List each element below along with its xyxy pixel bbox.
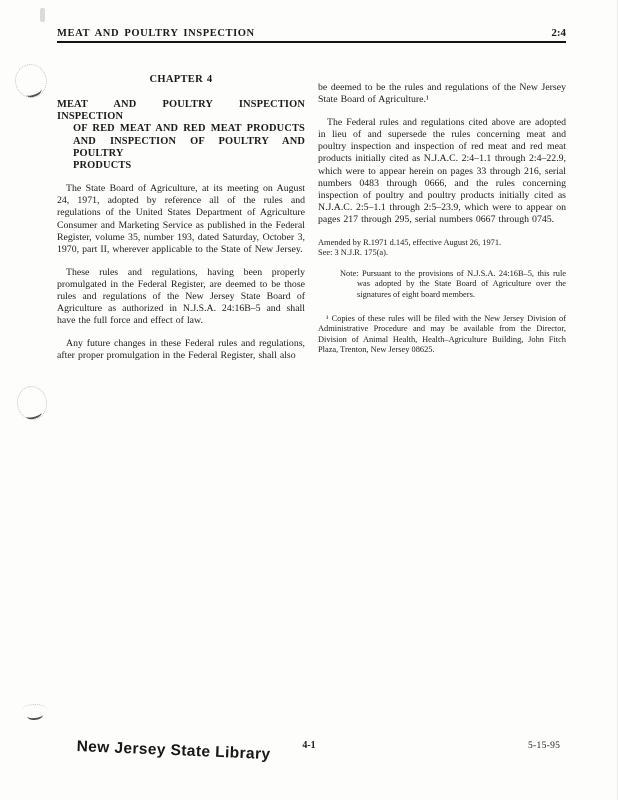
margin-smudge: [15, 384, 49, 422]
amendment-history: Amended by R.1971 d.145, effective Augus…: [318, 238, 566, 259]
library-stamp: New Jersey State Library: [76, 738, 271, 764]
article-title-line: MEAT AND POULTRY INSPECTION INSPECTION: [57, 99, 305, 123]
body-paragraph: The Federal rules and regulations cited …: [318, 117, 566, 226]
section-number: 2:4: [551, 27, 566, 39]
amendment-line: Amended by R.1971 d.145, effective Augus…: [318, 238, 566, 248]
scan-speck: [40, 8, 45, 22]
running-title: MEAT AND POULTRY INSPECTION: [57, 28, 255, 39]
date-stamp: 5-15-95: [528, 741, 560, 751]
article-title: MEAT AND POULTRY INSPECTION INSPECTION O…: [57, 99, 305, 172]
column-right: be deemed to be the rules and regulation…: [318, 66, 566, 362]
margin-smudge: [22, 704, 48, 720]
continuation-paragraph: be deemed to be the rules and regulation…: [318, 82, 566, 106]
document-body: CHAPTER 4 MEAT AND POULTRY INSPECTION IN…: [57, 66, 566, 362]
footnote: ¹ Copies of these rules will be filed wi…: [318, 314, 566, 356]
note-text: Note: Pursuant to the provisions of N.J.…: [340, 269, 566, 300]
body-paragraph: The State Board of Agriculture, at its m…: [57, 183, 305, 256]
body-paragraph: Any future changes in these Federal rule…: [57, 338, 305, 362]
column-left: CHAPTER 4 MEAT AND POULTRY INSPECTION IN…: [57, 66, 305, 362]
chapter-heading: CHAPTER 4: [57, 74, 305, 85]
page-number: 4-1: [299, 740, 319, 751]
header-rule: [57, 41, 566, 43]
see-reference-line: See: 3 N.J.R. 175(a).: [318, 248, 566, 258]
margin-smudge: [11, 61, 50, 102]
article-title-line: PRODUCTS: [57, 160, 305, 172]
article-title-line: OF RED MEAT AND RED MEAT PRODUCTS: [57, 123, 305, 135]
article-title-line: AND INSPECTION OF POULTRY AND POULTRY: [57, 136, 305, 160]
body-paragraph: These rules and regulations, having been…: [57, 267, 305, 327]
document-page: MEAT AND POULTRY INSPECTION 2:4 CHAPTER …: [0, 0, 618, 800]
page-header: MEAT AND POULTRY INSPECTION 2:4: [57, 27, 566, 39]
